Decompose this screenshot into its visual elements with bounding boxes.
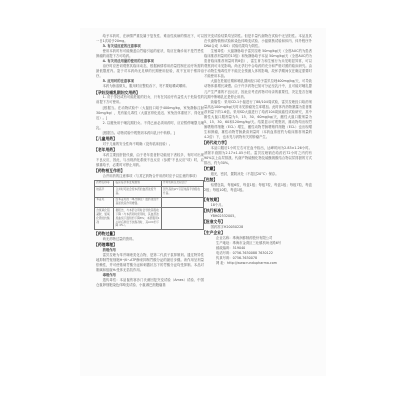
manufacturer-label: 生产地址： [216,241,233,245]
table-cell: 因升高的pH 引起地高辛的吸收升高。 [161,187,203,197]
manufacturer-value: 珠海润都制药股份有限公司 [233,236,273,240]
toxicology-text: 遗传毒性：本品鼠伤寒沙门氏菌回复突变试验（Ames）试验、中国仓鼠卵细胞染色体畸… [96,278,204,288]
packaging-paragraph: 铝塑包装，每板6粒，每盒1板；每板7粒，每盒1板；每板7粒，每盒2板；每板10粒… [204,183,312,193]
shelf-life-value: 18个月。 [204,203,312,208]
table-cell: 地高辛 [95,187,114,197]
manufacturer-label: 邮政编码： [216,246,233,250]
overdose-paragraph: 尚无药物过量的资料。 [96,237,204,242]
table-row: 地高辛 合并时可能会使本药的血药浓度升高。 因升高的pH 引起地高辛的吸收升高。 [95,187,204,197]
toxicology-continued: 生殖毒性：大鼠静脉给予雷贝拉唑 50mg/kg/天（全度AUC约为患者临床推荐剂… [204,49,312,79]
table-cell: 苯妥英 [95,197,114,207]
intro-paragraph: 给予本药时，在病情严重及属于复发性、难治性疾病的情况下，可以一日1次给予20mg… [96,34,204,44]
manufacturer-value: 0756-7630078 [233,256,258,260]
toxicology-continued: 致癌性：采用CD-1小鼠进行了88/104周试验，雷贝拉唑经口给药剂量高达100… [204,100,312,140]
pregnancy-paragraph: 2. 以避免用于哺乳期妇女。不得已而必须用药时，应应暂停哺婴儿哺乳。 [96,121,204,131]
precaution-text: 治疗时应密切观察其临床动态，根据病情将用药量控制在治疗所需的最低限度内。鉴于对本… [96,64,204,79]
toxicology-continued: 因突变试验结果均呈阴性。但是半量代谢物在试验中无呈阳性。本品及其在代谢物微核试验… [204,34,312,49]
precaution-text: 本药为肠溶微丸，服用时应整粒吞下，勿不要咀嚼或嚼碎。 [96,84,204,89]
interactions-intro: 合并用药的注意事项（与其它药物合并用药时应予以注意的事项） [96,174,204,179]
table-cell: 据报告，与本药合用时会导致其吸收下降（与本药同时使用时，其血药浓度曲线下面积约下… [114,208,161,230]
pharmacology-text: 雷贝拉唑为苯并咪唑类化合物，是第二代质子泵抑制剂。通过特异性地抑制胃壁细胞H⁺/… [96,253,204,273]
toxicology-continued: 大鼠在妊娠后期和哺乳期间经口给予雷贝拉唑400mg/kg/天，可导致动物体重增长… [204,79,312,99]
manufacturer-value: 珠海市金湾区三灶镇机场北路6号 [233,241,282,245]
manufacturer-website: http://www.rundupharma.com [227,261,277,265]
standard-value: YBH02532005。 [204,214,312,219]
pregnancy-paragraph: 1. 对于孕妇或有可能妊娠的妇女，只有在其治疗有益性大于危险性的前提下方可使用。 [96,95,204,105]
manufacturer-value: 0756-7630088 7630122 [233,251,273,255]
table-cell: 含氢氧化铝凝胶、氢氧化镁的抗酸剂 [95,208,114,230]
right-column: 因突变试验结果均呈阴性。但是半量代谢物在试验中无呈阳性。本品及其在代谢物微核试验… [204,34,312,266]
table-row: 苯妥英 因苯妥英的（单次静注）血药浓度升高而致其作用增强。 [95,197,204,207]
pregnancy-paragraph: [根据当。动物试验中观察到本药向乳汁中转移。] [96,131,204,136]
storage-paragraph: 遮光，密封，置阴凉处（不超过20°C）保存。 [204,172,312,177]
children-paragraph: 对于儿童的安全性尚不明确（没有临床经验）。 [96,142,204,147]
pharmacokinetics-paragraph: 本品口服后1小时左右可在血中检出，达峰时间为2.83±1.26小时。消除半衰期为… [204,146,312,166]
interactions-table: 药物名称等 临床症状和处理措施 作用机制及危险因子 地高辛 合并时可能会使本药的… [94,180,204,230]
precaution-text: 使用本药时有可能掩盖由胃癌引起的症状，故应在确诊前不是胃恶性肿瘤的前提下方可给药… [96,49,204,59]
manufacturer-label: 网 址： [216,261,227,265]
manufacturer-row: 网 址：http://www.rundupharma.com [204,261,312,266]
table-cell [161,197,203,207]
manufacturer-label: 电话号码： [216,251,233,255]
table-cell: 合并时可能会使本药的血药浓度升高。 [114,187,161,197]
manufacturer-label: 企业名称： [216,236,233,240]
pregnancy-paragraph: [根据当。在动物试验中（大鼠经口给予400mg/kg，家兔静脉注射30mg/kg… [96,106,204,121]
table-cell: 因苯妥英的（单次静注）血药浓度升高而致其作用增强。 [114,197,161,207]
approval-value: 国药准字H20050228 [204,225,312,230]
manufacturer-value: 519040 [233,246,246,250]
left-column: 给予本药时，在病情严重及属于复发性、难治性疾病的情况下，可以一日1次给予20mg… [96,34,204,288]
manufacturer-label: 传真号码： [216,256,233,260]
table-cell [161,208,203,230]
table-row: 含氢氧化铝凝胶、氢氧化镁的抗酸剂 据报告，与本药合用时会导致其吸收下降（与本药同… [95,208,204,230]
elderly-paragraph: 本药主要经肝脏代谢，由于老年患者肝功能低下者较多，有时可出现不良反应，因此，与出… [96,153,204,168]
